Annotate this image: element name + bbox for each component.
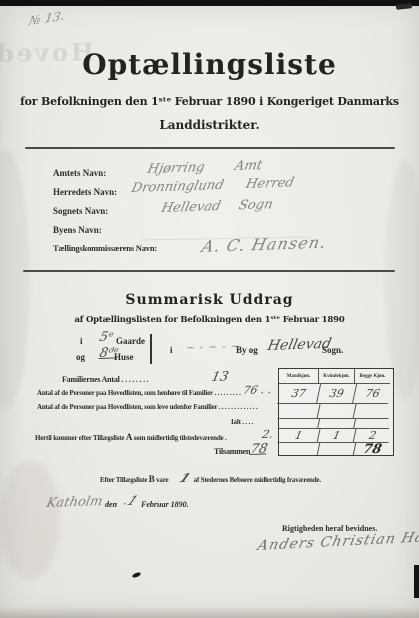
field-value-herred: Dronninglund Herred: [130, 175, 295, 196]
gaarde-count: 5ᵉ: [98, 330, 115, 345]
tillaegsliste-b-value: 1: [177, 471, 193, 485]
table-cell-grand-total: 78: [354, 443, 392, 455]
by-og-label: By og: [236, 345, 258, 355]
brace-line: [150, 334, 152, 364]
table-cell-outside-total: [353, 404, 391, 419]
paper-smudge: [0, 460, 60, 580]
gaarde-prefix: i: [80, 336, 83, 346]
line-tillaegsliste-b: Efter Tillægsliste B vare 1 af Stedernes…: [100, 471, 321, 485]
table-header-mandkjoen: Mandkjøn.: [279, 369, 319, 384]
field-label-sogn: Sognets Navn:: [53, 206, 108, 216]
value-personer-i-familier: 76 . .: [242, 383, 273, 397]
table-cell-outside-female: [317, 404, 356, 419]
field-value-kommissaer: A. C. Hansen.: [200, 233, 329, 256]
field-label-kommissaer: Tællingskommissærens Navn:: [53, 243, 157, 253]
table-cell-ialt-total: [354, 419, 391, 429]
tillaegsliste-a-letter: A: [126, 432, 132, 442]
scan-edge-right-strip: [414, 565, 419, 598]
paper-smudge: [0, 150, 30, 410]
field-value-sogn: Hellevad Sogn: [160, 197, 274, 216]
date-den-label: den: [105, 500, 117, 509]
table-cell-families-female: 39: [317, 384, 357, 404]
divider-middle: [23, 270, 395, 272]
tillaegsliste-a-post: som midlertidig tilstedeværende .: [134, 434, 227, 442]
by-prefix: i: [170, 345, 173, 355]
scan-edge-top-right-mark: [396, 3, 412, 10]
paper-smudge: [385, 160, 419, 400]
line-familiernes-antal: Familiernes Antal . . . . . . . .: [62, 375, 149, 384]
date-month-year: Februar 1890.: [141, 500, 189, 509]
value-familiernes-antal: 13: [210, 369, 230, 385]
line-ialt: Ialt . . . .: [231, 418, 253, 426]
handwritten-number-note: № 13.: [28, 9, 66, 28]
huse-prefix: og: [76, 352, 85, 362]
table-cell-families-total: 76: [353, 384, 392, 404]
field-label-amt: Amtets Navn:: [53, 168, 106, 178]
page-subtitle-line2: Landdistrikter.: [0, 118, 419, 132]
ink-blot: [132, 571, 142, 578]
tillaegsliste-b-mid: vare: [156, 476, 168, 484]
tillaegsliste-b-pre: Efter Tillægsliste: [100, 476, 147, 484]
gaarde-label: Gaarde: [116, 336, 145, 346]
huse-label: Huse: [114, 352, 134, 362]
table-cell-total-female: [318, 443, 357, 455]
tillaegsliste-b-post: af Stedernes Beboere midlertidig fravære…: [194, 476, 321, 484]
table-header-kvindekjoen: Kvindekjøn.: [319, 369, 355, 384]
table-cell-families-male: 37: [277, 384, 321, 404]
field-label-herred: Herredets Navn:: [53, 187, 117, 197]
table-cell-outside-male: [277, 404, 320, 419]
table-header-beggekjoen: Begge Kjøn.: [355, 369, 390, 384]
page-title: Optællingsliste: [0, 48, 419, 81]
line-personer-udenfor-familier: Antal af de Personer paa Hovedlisten, so…: [37, 403, 258, 411]
divider-top: [25, 147, 395, 149]
page-subtitle-line1: for Befolkningen den 1ˢᵗᵉ Februar 1890 i…: [0, 95, 419, 108]
field-value-amt: Hjørring Amt: [146, 158, 264, 177]
table-cell-tillaeg-female: 1: [318, 429, 357, 443]
table-cell-ialt-female: [318, 419, 356, 429]
sogn-suffix: Sogn.: [322, 345, 343, 355]
line-tillaegsliste-a: Hertil kommer efter Tillægsliste A som m…: [35, 432, 227, 442]
summary-table: Mandkjøn. Kvindekjøn. Begge Kjøn. 37 39 …: [278, 368, 394, 456]
tillaegsliste-b-letter: B: [149, 474, 155, 484]
value-tilsammen: 78: [249, 441, 269, 457]
table-cell-ialt-male: [278, 419, 320, 429]
census-form-page: Hoved № 13. Optællingsliste for Befolkni…: [0, 0, 419, 618]
line-tilsammen: Tilsammen: [214, 447, 250, 456]
value-tillaegsliste-a: 2.: [261, 428, 274, 441]
summary-subheading: af Optællingslisten for Befolkningen den…: [0, 315, 419, 325]
line-personer-i-familier: Antal af de Personer paa Hovedlisten, so…: [37, 389, 241, 397]
summary-heading: Summarisk Uddrag: [0, 292, 419, 308]
field-label-by: Byens Navn:: [53, 225, 102, 235]
tillaegsliste-a-pre: Hertil kommer efter Tillægsliste: [35, 434, 124, 442]
bottom-edge-shadow: [0, 606, 419, 618]
scan-edge-top: [0, 0, 419, 6]
table-cell-total-male: [278, 443, 321, 455]
table-cell-tillaeg-male: 1: [278, 429, 321, 443]
by-dash-strike: ~ - ~ - ~: [185, 341, 241, 354]
